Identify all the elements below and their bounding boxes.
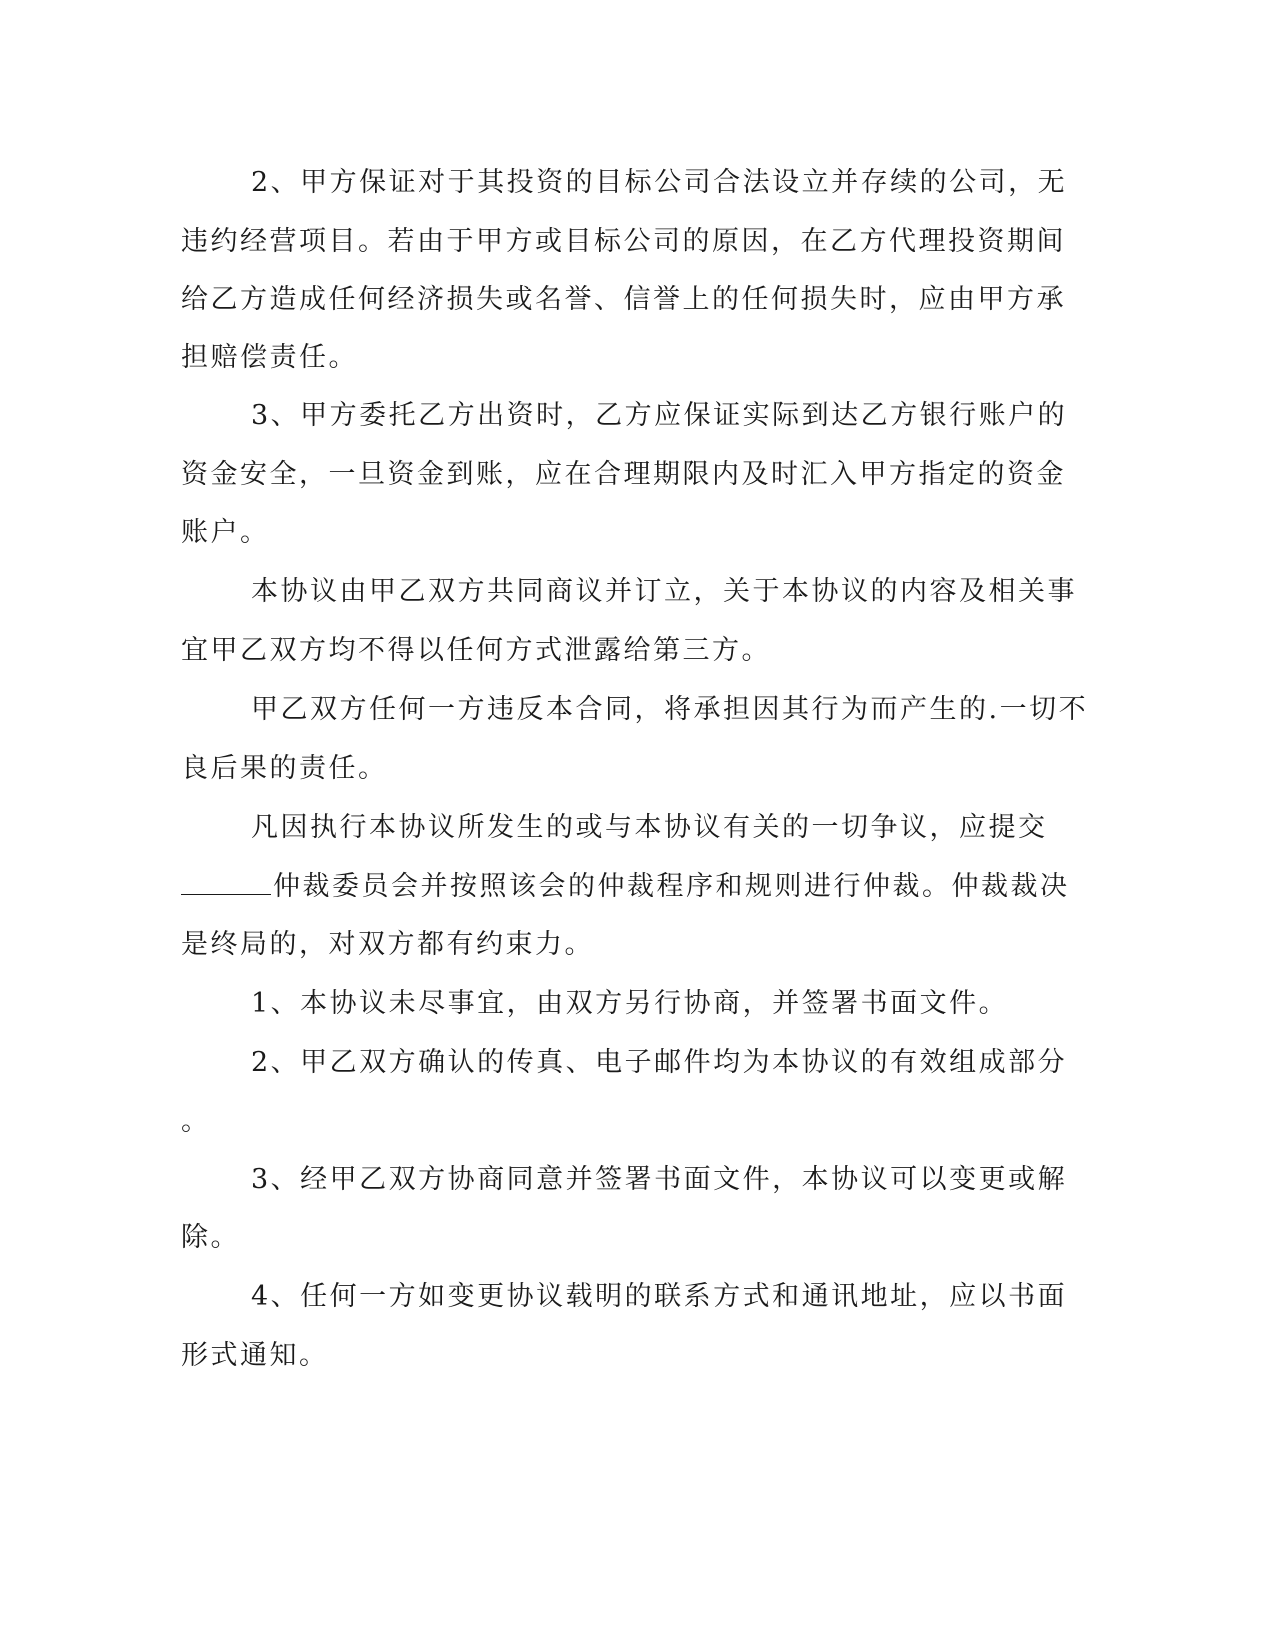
paragraph-2-line-3: 给乙方造成任何经济损失或名誉、信誉上的任何损失时，应由甲方承	[181, 282, 1066, 318]
paragraph-3-line-2: 资金安全，一旦资金到账，应在合理期限内及时汇入甲方指定的资金	[181, 457, 1066, 493]
arbitration-line-3: 是终局的，对双方都有约束力。	[181, 927, 594, 963]
arbitration-line-2-text: 仲裁委员会并按照该会的仲裁程序和规则进行仲裁。仲裁裁决	[273, 871, 1070, 902]
clause-3-line-1: 3、经甲乙双方协商同意并签署书面文件，本协议可以变更或解	[251, 1162, 1067, 1198]
clause-2-line-2: 。	[181, 1104, 211, 1140]
document-page: 2、甲方保证对于其投资的目标公司合法设立并存续的公司，无 违约经营项目。若由于甲…	[0, 0, 1275, 1650]
clause-1-line-1: 1、本协议未尽事宜，由双方另行协商，并签署书面文件。	[251, 986, 1008, 1022]
paragraph-3-line-1: 3、甲方委托乙方出资时，乙方应保证实际到达乙方银行账户的	[251, 398, 1067, 434]
breach-line-2: 良后果的责任。	[181, 751, 388, 787]
arbitration-blank-field	[181, 868, 271, 895]
confidentiality-line-2: 宜甲乙双方均不得以任何方式泄露给第三方。	[181, 633, 771, 669]
clause-2-line-1: 2、甲乙双方确认的传真、电子邮件均为本协议的有效组成部分	[251, 1045, 1067, 1081]
paragraph-2-line-1: 2、甲方保证对于其投资的目标公司合法设立并存续的公司，无	[251, 165, 1067, 201]
confidentiality-line-1: 本协议由甲乙双方共同商议并订立，关于本协议的内容及相关事	[251, 574, 1077, 610]
paragraph-3-line-3: 账户。	[181, 515, 270, 551]
paragraph-2-line-4: 担赔偿责任。	[181, 340, 358, 376]
arbitration-line-1: 凡因执行本协议所发生的或与本协议有关的一切争议，应提交	[251, 810, 1048, 846]
arbitration-line-2: 仲裁委员会并按照该会的仲裁程序和规则进行仲裁。仲裁裁决	[181, 868, 1070, 905]
paragraph-2-line-2: 违约经营项目。若由于甲方或目标公司的原因，在乙方代理投资期间	[181, 224, 1066, 260]
clause-4-line-1: 4、任何一方如变更协议载明的联系方式和通讯地址，应以书面	[251, 1279, 1067, 1315]
clause-4-line-2: 形式通知。	[181, 1338, 329, 1374]
clause-3-line-2: 除。	[181, 1220, 240, 1256]
breach-line-1: 甲乙双方任何一方违反本合同，将承担因其行为而产生的.一切不	[251, 692, 1088, 728]
